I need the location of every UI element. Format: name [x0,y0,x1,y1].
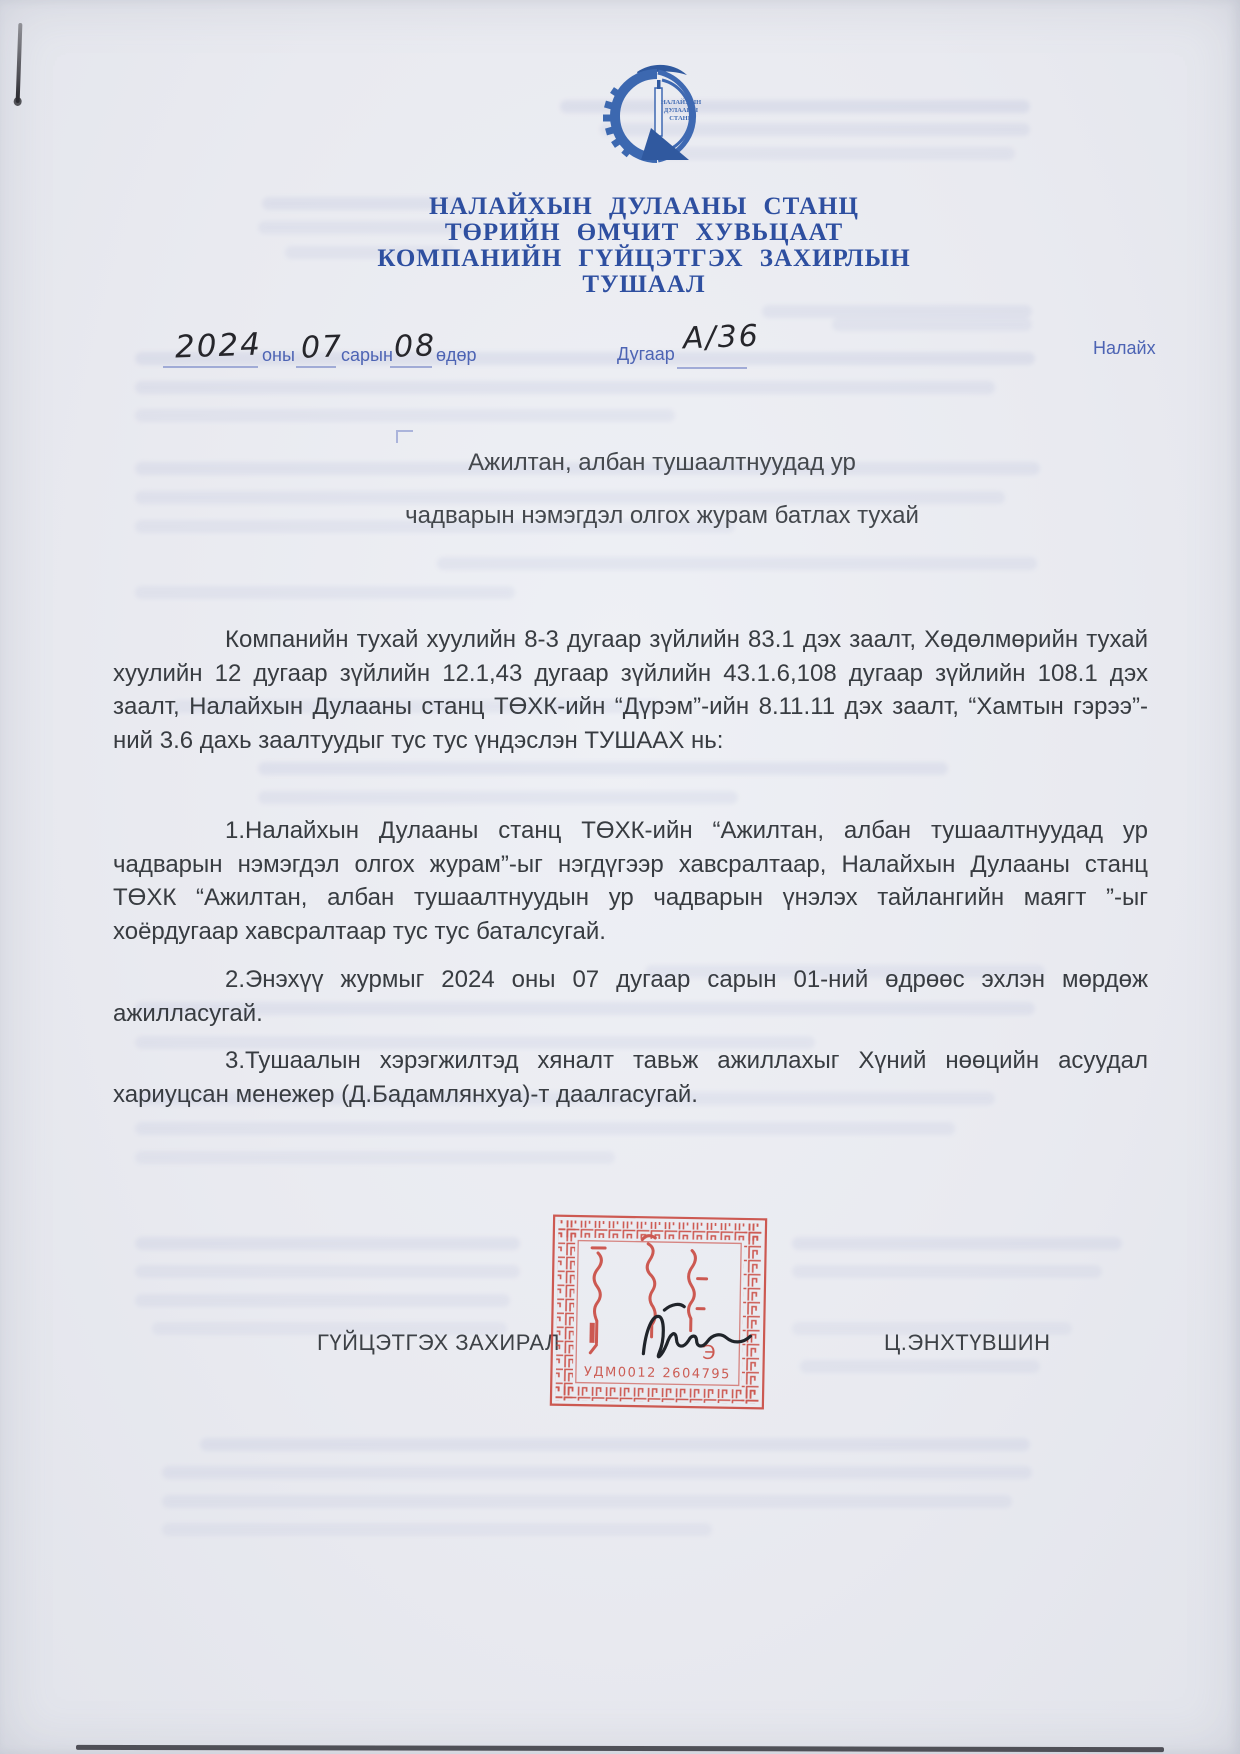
company-logo: НАЛАЙХЫН ДУЛААНЫ СТАНЦ [599,62,717,170]
order-item-2: 2.Энэхүү журмыг 2024 оны 07 дугаар сарын… [113,963,1148,1030]
date-year-value: 2024 [174,326,262,365]
underline [390,366,432,368]
ghost-text-line [762,305,1032,318]
ghost-text-line [135,1237,520,1250]
underline [163,366,258,368]
pen-mark-artifact [16,23,23,103]
date-month-value: 07 [300,329,343,365]
title-line: ТУШААЛ [48,272,1240,298]
ghost-text-line [437,557,1037,570]
ghost-text-line [135,1151,615,1164]
signer-name: Ц.ЭНХТҮВШИН [884,1330,1050,1356]
corner-mark-artifact [396,430,413,443]
order-number-value: А/36 [682,319,760,357]
order-item-1: 1.Налайхын Дулааны станц ТӨХК-ийн “Ажилт… [113,814,1148,948]
ghost-text-line [162,1466,1032,1479]
ghost-text-line [135,381,995,394]
document-title: НАЛАЙХЫН ДУЛААНЫ СТАНЦ ТӨРИЙН ӨМЧИТ ХУВЬ… [48,194,1240,298]
order-number-label: Дугаар [617,344,675,365]
ghost-text-line [135,586,515,599]
scanned-document-page: НАЛАЙХЫН ДУЛААНЫ СТАНЦ НАЛАЙХЫН ДУЛААНЫ … [0,0,1240,1754]
order-item-3: 3.Тушаалын хэрэгжилтэд хяналт тавьж ажил… [113,1044,1148,1111]
ghost-text-line [135,409,675,422]
date-year-label: оны [262,345,295,366]
place-label: Налайх [1093,338,1156,359]
ghost-text-line [135,1265,520,1278]
ghost-text-line [135,1294,510,1307]
signer-title: ГҮЙЦЭТГЭХ ЗАХИРАЛ [317,1330,560,1356]
preamble-paragraph: Компанийн тухай хуулийн 8-3 дугаар зүйли… [113,623,1148,757]
ghost-text-line [792,1265,1102,1278]
ghost-text-line [832,318,1032,331]
title-line: НАЛАЙХЫН ДУЛААНЫ СТАНЦ [48,194,1240,220]
underline [677,367,747,369]
date-day-value: 08 [393,328,436,364]
ghost-text-line [162,1523,712,1536]
underline [296,366,336,368]
logo-text-line: ДУЛААНЫ [664,107,699,114]
subject-line: Ажилтан, албан тушаалтнуудад ур [84,449,1240,477]
ghost-text-line [800,1360,1040,1373]
ghost-text-line [258,791,738,804]
scanner-edge-artifact [76,1745,1164,1752]
subject-line: чадварын нэмэгдэл олгох журам батлах тух… [84,502,1240,530]
ghost-text-line [792,1237,1122,1250]
subject-block: Ажилтан, албан тушаалтнуудад ур чадварын… [84,449,1240,530]
date-day-label: өдөр [436,345,477,366]
ghost-text-line [162,1495,1012,1508]
logo-text-line: СТАНЦ [669,115,693,122]
logo-text-line: НАЛАЙХЫН [661,98,701,106]
signature-scribble [634,1296,756,1368]
ghost-text-line [135,1122,955,1135]
ghost-text-line [200,1438,1030,1451]
stamp-mark [589,1323,594,1343]
date-month-label: сарын [341,345,393,366]
title-line: ТӨРИЙН ӨМЧИТ ХУВЬЦААТ [48,220,1240,246]
title-line: КОМПАНИЙН ГҮЙЦЭТГЭХ ЗАХИРЛЫН [48,246,1240,272]
ghost-text-line [258,762,948,775]
